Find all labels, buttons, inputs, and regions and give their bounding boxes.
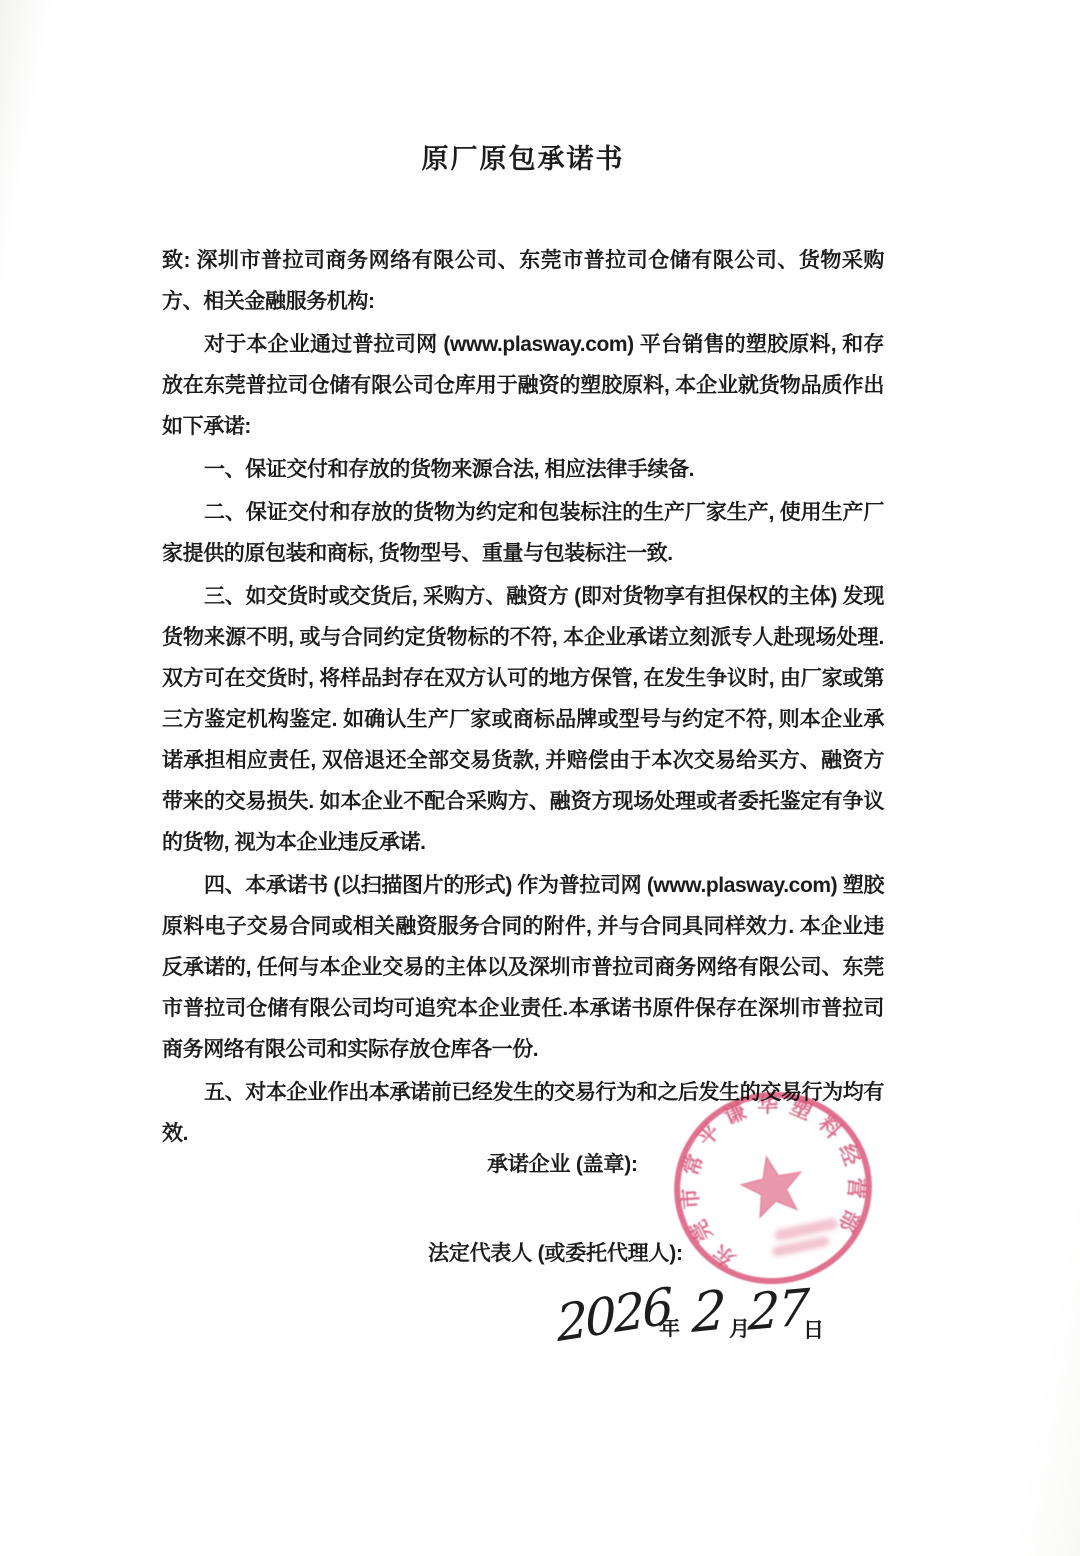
clause-1-paragraph: 一、保证交付和存放的货物来源合法, 相应法律手续备.: [162, 449, 884, 490]
handwritten-year: 2026: [555, 1277, 672, 1353]
clause-3-paragraph: 三、如交货时或交货后, 采购方、融资方 (即对货物享有担保权的主体) 发现货物来…: [162, 576, 884, 863]
scanned-document-page: 原厂原包承诺书 致: 深圳市普拉司商务网络有限公司、东莞市普拉司仓储有限公司、货…: [0, 0, 1080, 1556]
salutation-paragraph: 致: 深圳市普拉司商务网络有限公司、东莞市普拉司仓储有限公司、货物采购方、相关金…: [162, 240, 884, 322]
legal-representative-label: 法定代表人 (或委托代理人):: [428, 1237, 683, 1267]
company-seal-label: 承诺企业 (盖章):: [487, 1148, 638, 1178]
company-seal-stamp: 东莞市常平谦华塑料经营部: [671, 1086, 875, 1290]
clause-2-paragraph: 二、保证交付和存放的货物为约定和包装标注的生产厂家生产, 使用生产厂家提供的原包…: [162, 492, 884, 574]
intro-paragraph: 对于本企业通过普拉司网 (www.plasway.com) 平台销售的塑胶原料,…: [162, 324, 884, 447]
clause-4-paragraph: 四、本承诺书 (以扫描图片的形式) 作为普拉司网 (www.plasway.co…: [162, 865, 884, 1070]
seal-graphic: 东莞市常平谦华塑料经营部: [671, 1086, 875, 1290]
seal-star-icon: [737, 1150, 809, 1219]
day-unit-label: 日: [803, 1314, 824, 1344]
year-unit-label: 年: [659, 1312, 680, 1342]
document-title: 原厂原包承诺书: [162, 144, 884, 174]
document-body: 原厂原包承诺书 致: 深圳市普拉司商务网络有限公司、东莞市普拉司仓储有限公司、货…: [162, 144, 884, 1156]
seal-subtext-smudge: [768, 1217, 842, 1257]
